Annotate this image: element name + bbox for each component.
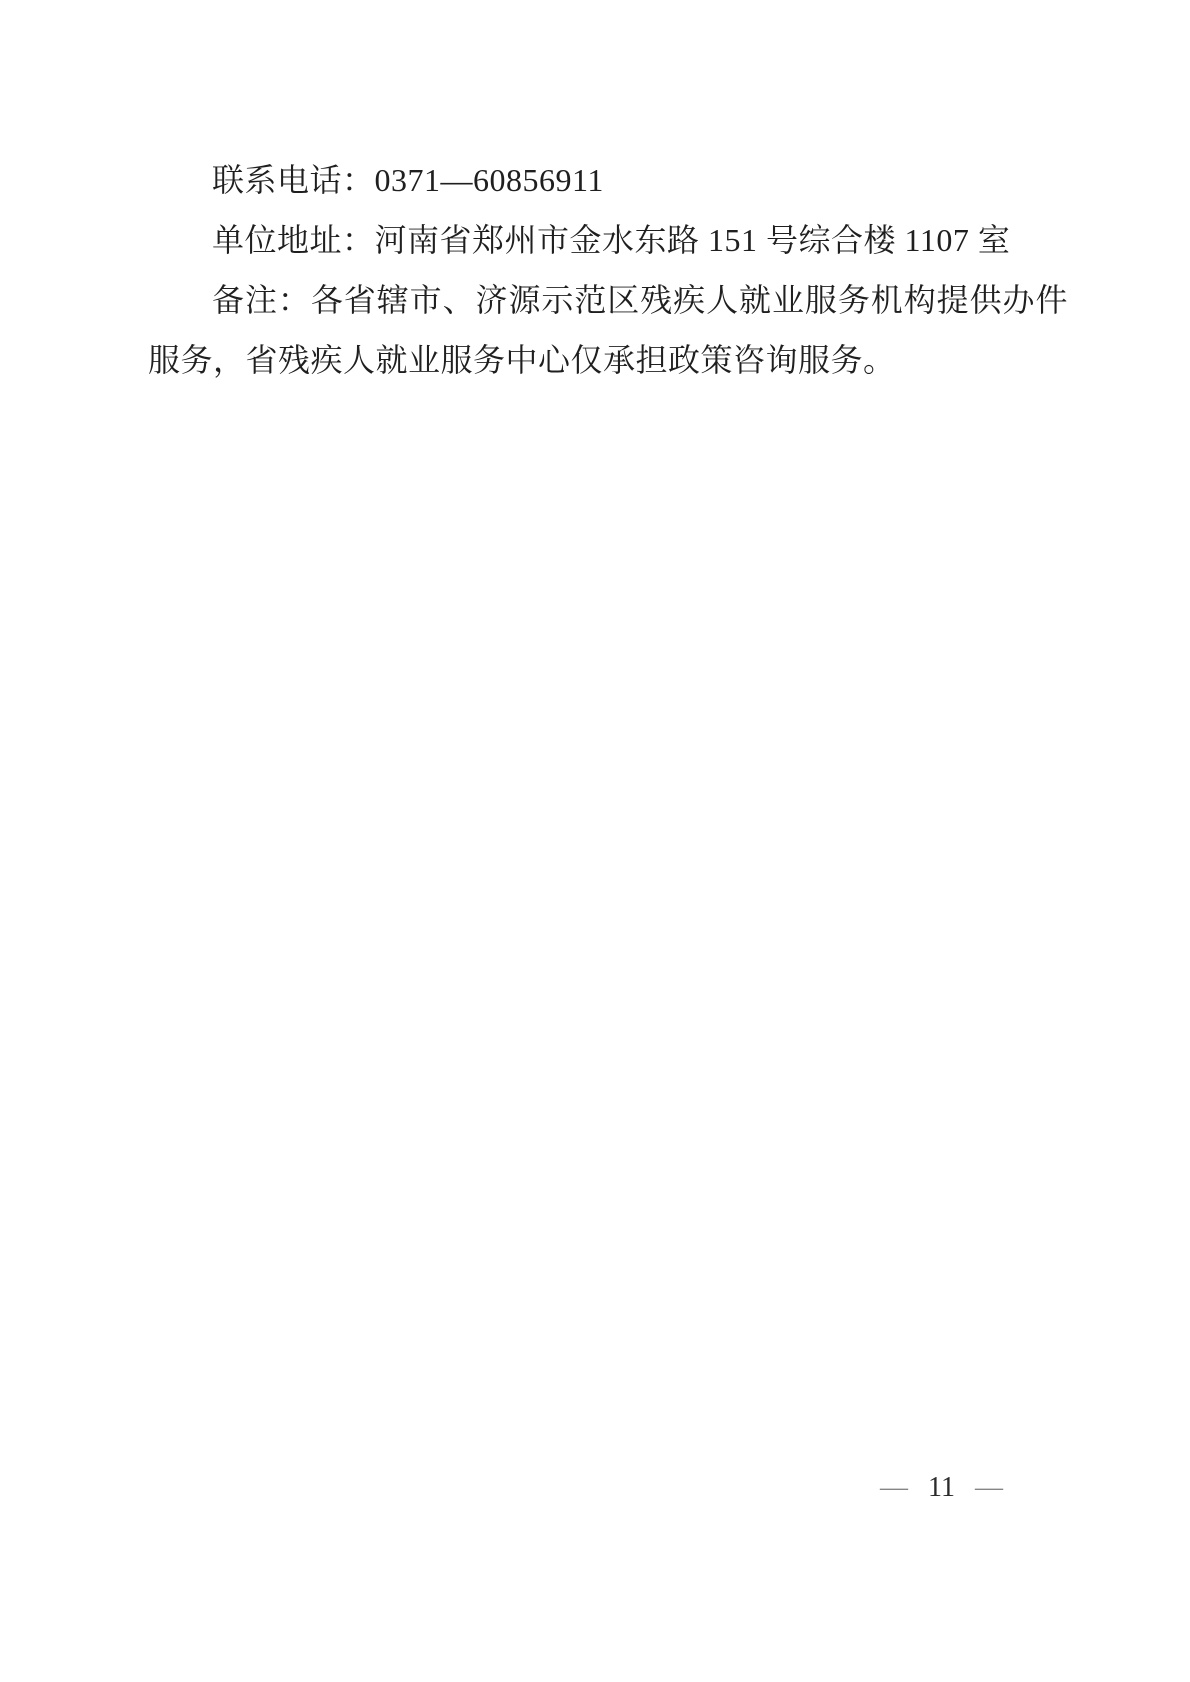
paragraph-contact-phone: 联系电话：0371—60856911: [148, 150, 1068, 210]
document-body: 联系电话：0371—60856911 单位地址：河南省郑州市金水东路 151 号…: [148, 150, 1068, 390]
page-number-left-dash: —: [880, 1466, 908, 1510]
page-number-right-dash: —: [975, 1466, 1003, 1510]
paragraph-remark: 备注：各省辖市、济源示范区残疾人就业服务机构提供办件服务，省残疾人就业服务中心仅…: [148, 270, 1068, 390]
paragraph-address: 单位地址：河南省郑州市金水东路 151 号综合楼 1107 室: [148, 210, 1068, 270]
page-number-value: 11: [928, 1466, 955, 1510]
document-page: 联系电话：0371—60856911 单位地址：河南省郑州市金水东路 151 号…: [0, 0, 1190, 1682]
page-number: — 11 —: [880, 1466, 1003, 1510]
